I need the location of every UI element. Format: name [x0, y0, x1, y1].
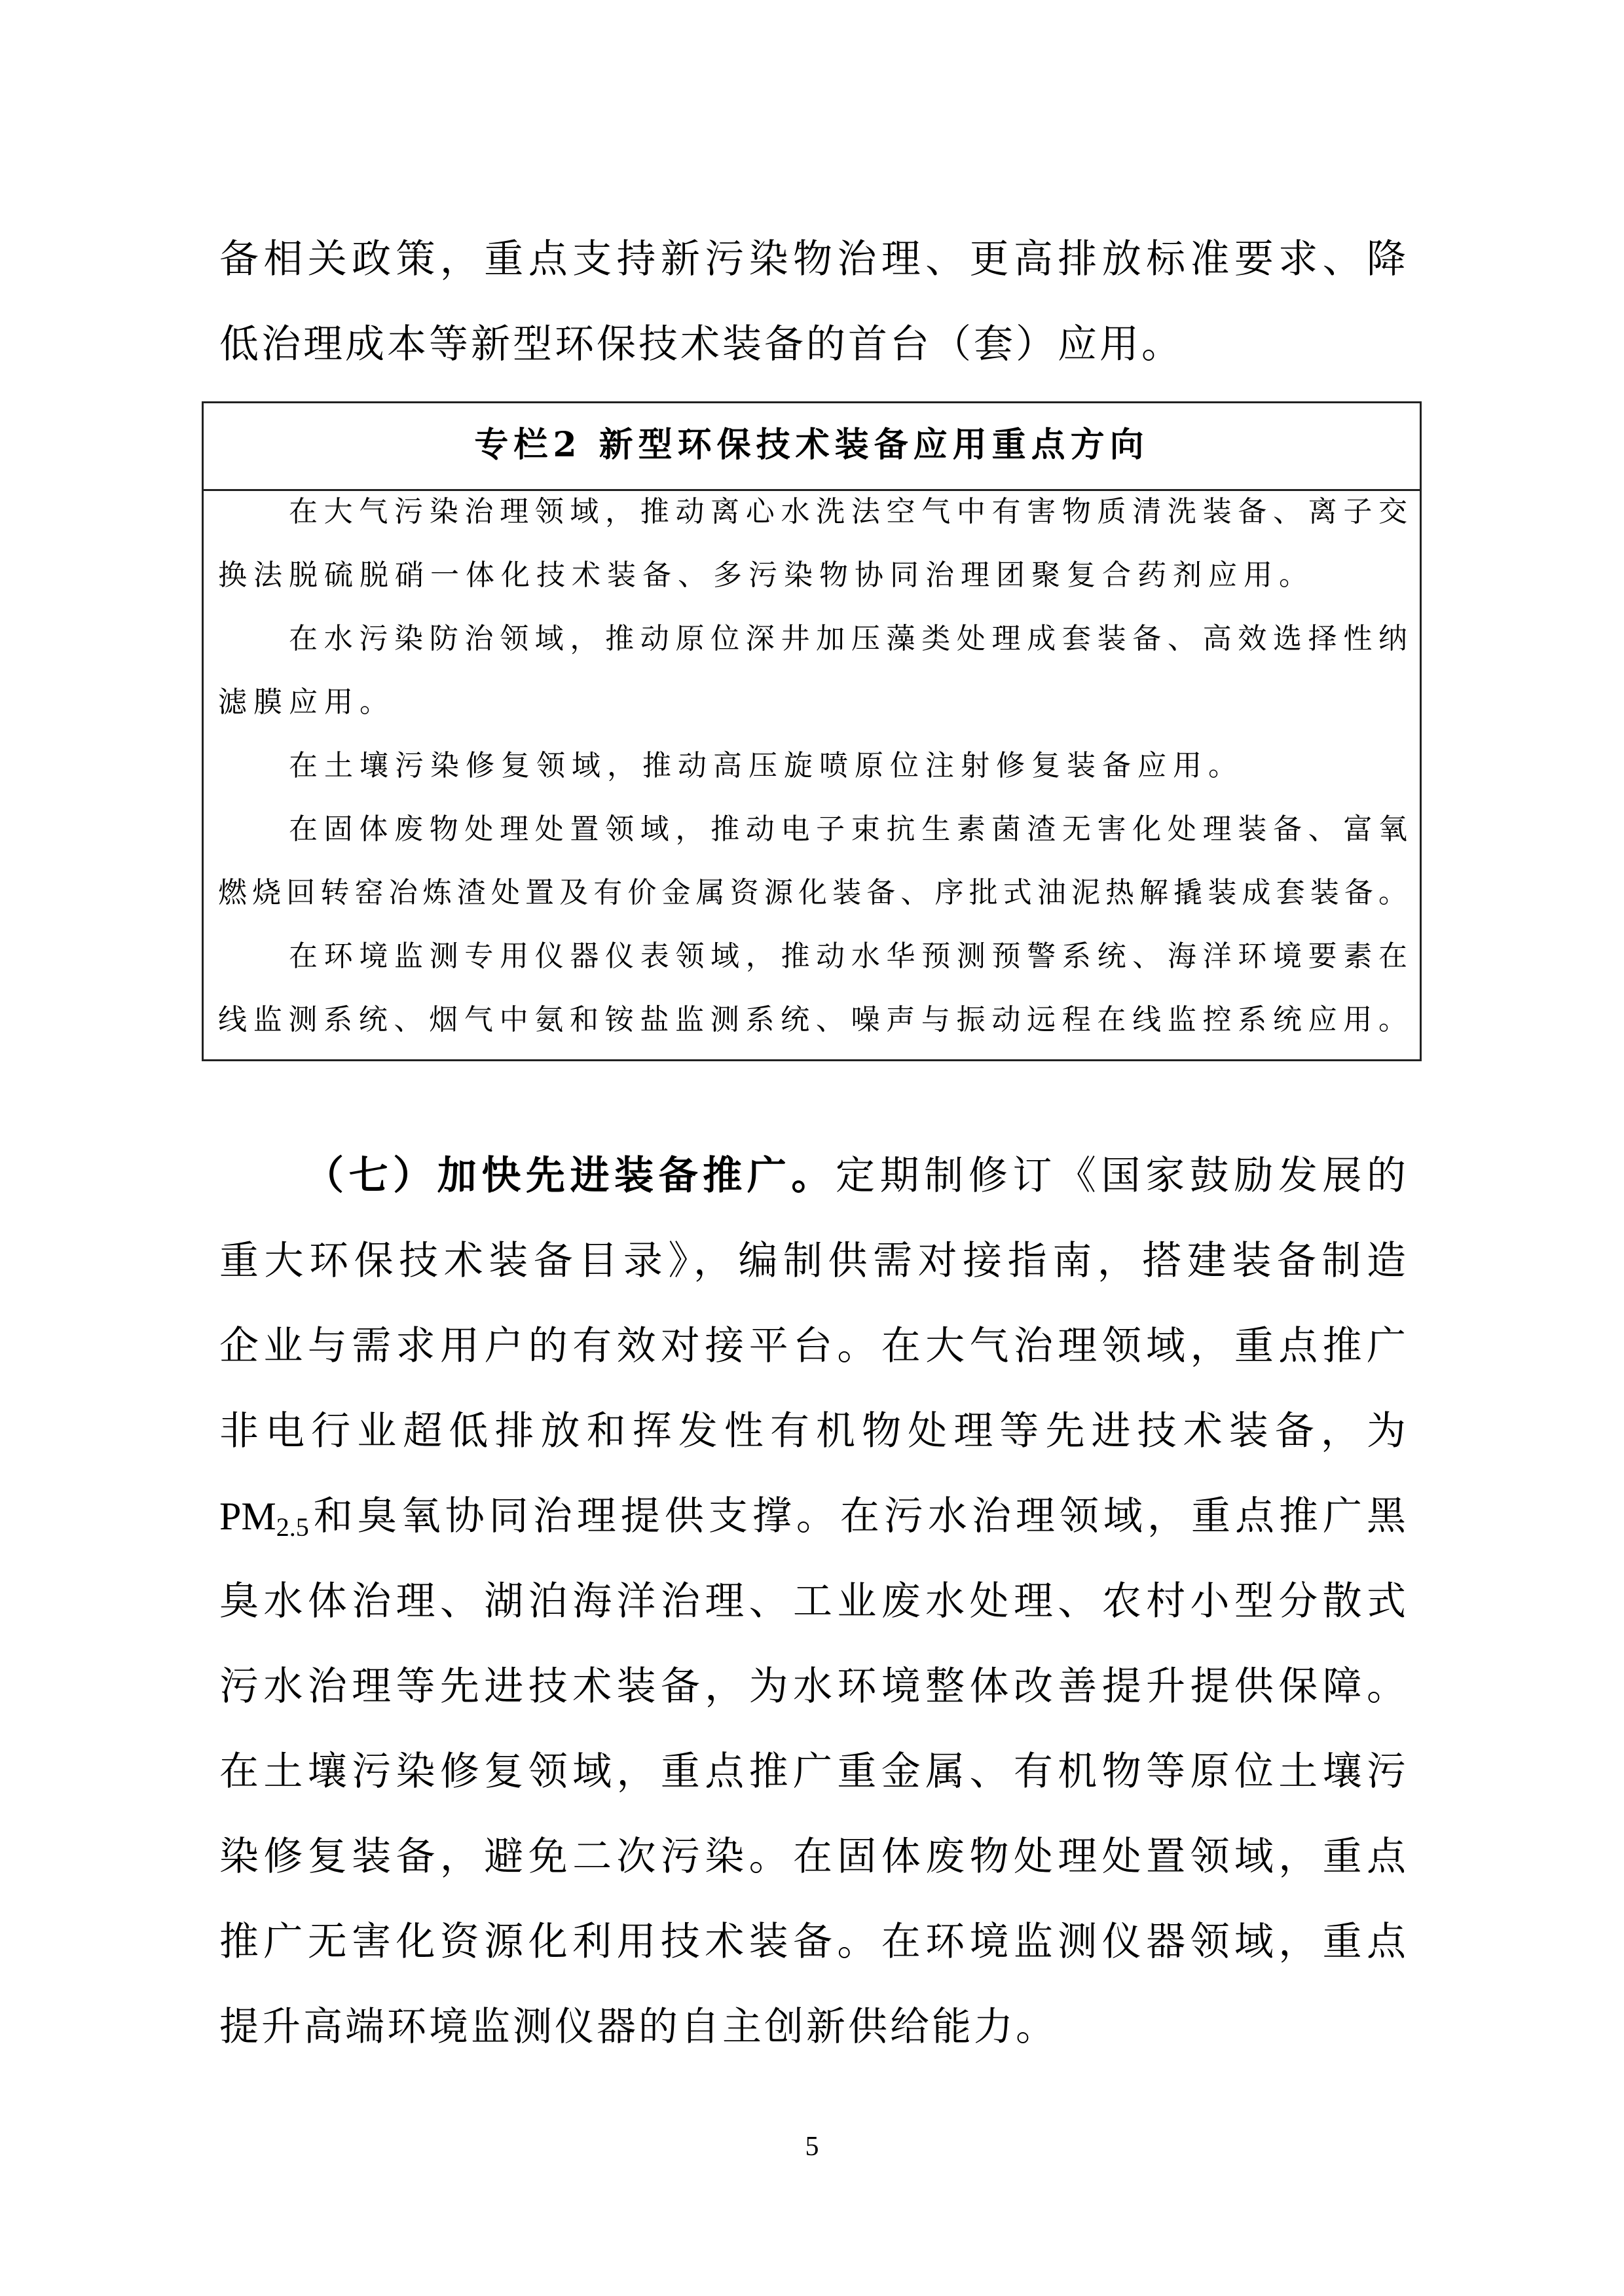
section-7-line-1-text: 定期制修订《国家鼓励发展的: [836, 1153, 1406, 1199]
box-para-5-line-1: 在环境监测专用仪器仪表领域，推动水华预测预警系统、海洋环境要素在: [218, 942, 1407, 975]
section-7-line-10: 推广无害化资源化利用技术装备。在环境监测仪器领域，重点: [219, 1922, 1406, 1965]
box-para-3-line-1: 在土壤污染修复领域，推动高压旋喷原位注射修复装备应用。: [218, 752, 1407, 784]
section-7-heading: （七）加快先进装备推广。: [304, 1153, 836, 1199]
section-7-line-8: 在土壤污染修复领域，重点推广重金属、有机物等原位土壤污: [219, 1752, 1406, 1795]
section-7-line-2: 重大环保技术装备目录》，编制供需对接指南，搭建装备制造: [219, 1241, 1406, 1285]
box-para-4-line-2: 燃烧回转窑冶炼渣处置及有价金属资源化装备、序批式油泥热解撬装成套装备。: [218, 879, 1407, 911]
section-7-line-11: 提升高端环境监测仪器的自主创新供给能力。: [219, 2007, 1406, 2050]
column-title-divider: [204, 489, 1420, 491]
box-para-4-line-1: 在固体废物处理处置领域，推动电子束抗生素菌渣无害化处理装备、富氧: [218, 815, 1407, 848]
section-7-line-1: （七）加快先进装备推广。定期制修订《国家鼓励发展的: [219, 1156, 1406, 1199]
section-7-line-9: 染修复装备，避免二次污染。在固体废物处理处置领域，重点: [219, 1837, 1406, 1880]
section-7-line-5-text: 和臭氧协同治理提供支撑。在污水治理领域，重点推广黑: [309, 1493, 1406, 1539]
section-7-line-4: 非电行业超低排放和挥发性有机物处理等先进技术装备，为: [219, 1412, 1406, 1455]
column-title: 专栏2 新型环保技术装备应用重点方向: [204, 428, 1420, 462]
intro-line-1: 备相关政策，重点支持新污染物治理、更高排放标准要求、降: [219, 240, 1406, 283]
box-para-1-line-2: 换法脱硫脱硝一体化技术装备、多污染物协同治理团聚复合药剂应用。: [218, 561, 1407, 594]
intro-line-2: 低治理成本等新型环保技术装备的首台（套）应用。: [219, 325, 1406, 368]
box-para-2-line-1: 在水污染防治领域，推动原位深井加压藻类处理成套装备、高效选择性纳: [218, 625, 1407, 657]
page-number: 5: [0, 2133, 1624, 2160]
section-7-line-5: PM2.5和臭氧协同治理提供支撑。在污水治理领域，重点推广黑: [219, 1497, 1406, 1540]
section-7-line-6: 臭水体治理、湖泊海洋治理、工业废水处理、农村小型分散式: [219, 1582, 1406, 1625]
pm-text: PM: [219, 1495, 276, 1538]
box-para-2-line-2: 滤膜应用。: [218, 688, 1407, 721]
pm-subscript: 2.5: [276, 1512, 309, 1542]
section-7-line-3: 企业与需求用户的有效对接平台。在大气治理领域，重点推广: [219, 1326, 1406, 1370]
box-para-1-line-1: 在大气污染治理领域，推动离心水洗法空气中有害物质清洗装备、离子交: [218, 498, 1407, 530]
box-para-5-line-2: 线监测系统、烟气中氨和铵盐监测系统、噪声与振动远程在线监控系统应用。: [218, 1006, 1407, 1038]
section-7-line-7: 污水治理等先进技术装备，为水环境整体改善提升提供保障。: [219, 1667, 1406, 1710]
